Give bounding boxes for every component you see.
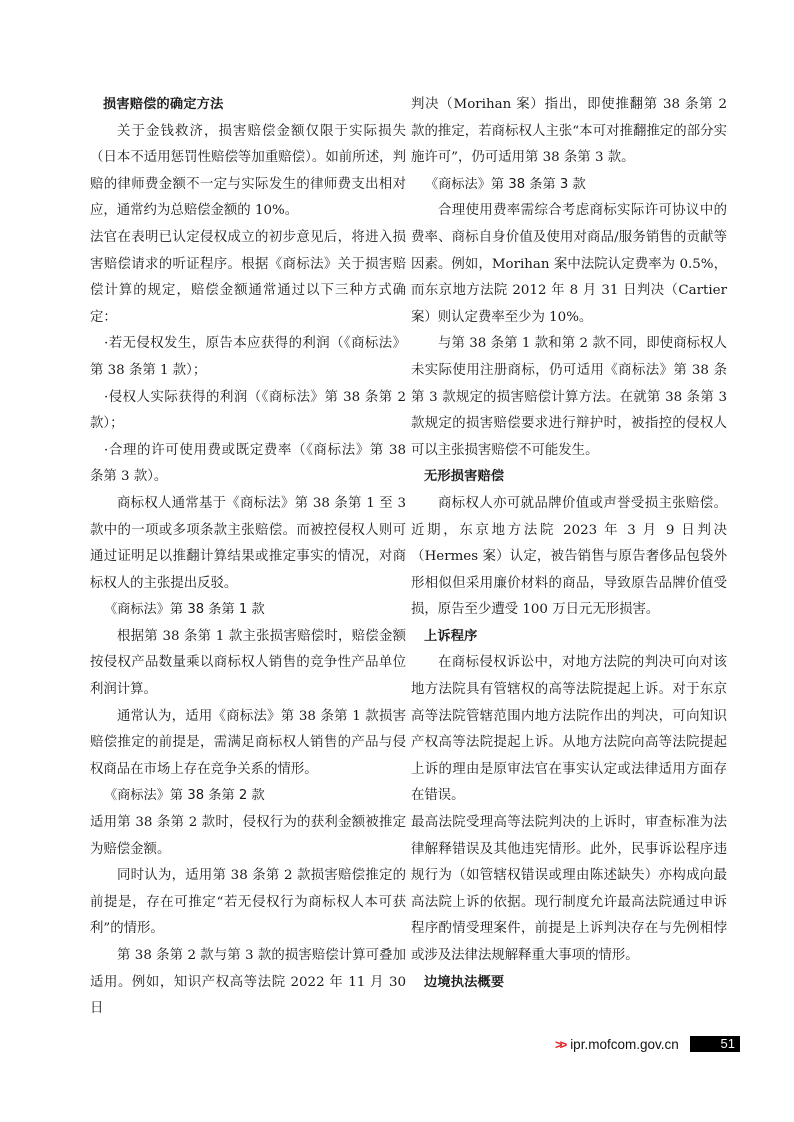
paragraph: 通常认为，适用《商标法》第 38 条第 1 款损害赔偿推定的前提是，需满足商标权… bbox=[90, 704, 406, 784]
paragraph: 适用第 38 条第 2 款时，侵权行为的获利金额被推定为赔偿金额。 bbox=[90, 810, 406, 863]
list-item: ·若无侵权发生，原告本应获得的利润（《商标法》第 38 条第 1 款）； bbox=[90, 331, 406, 384]
left-column: 损害赔偿的确定方法 关于金钱救济，损害赔偿金额仅限于实际损失（日本不适用惩罚性赔… bbox=[90, 92, 406, 1023]
paragraph: 同时认为，适用第 38 条第 2 款损害赔偿推定的前提是，存在可推定“若无侵权行… bbox=[90, 863, 406, 943]
double-chevron-icon: >> bbox=[555, 1037, 564, 1052]
subheading-article-38-3: 《商标法》第 38 条第 3 款 bbox=[411, 172, 727, 199]
paragraph: 合理使用费率需综合考虑商标实际许可协议中的费率、商标自身价值及使用对商品/服务销… bbox=[411, 198, 727, 331]
section-heading-damages-method: 损害赔偿的确定方法 bbox=[90, 92, 406, 119]
paragraph: 关于金钱救济，损害赔偿金额仅限于实际损失（日本不适用惩罚性赔偿等加重赔偿）。如前… bbox=[90, 119, 406, 225]
paragraph: 根据第 38 条第 1 款主张损害赔偿时，赔偿金额按侵权产品数量乘以商标权人销售… bbox=[90, 624, 406, 704]
paragraph: 商标权人通常基于《商标法》第 38 条第 1 至 3 款中的一项或多项条款主张赔… bbox=[90, 491, 406, 597]
list-item: ·侵权人实际获得的利润（《商标法》第 38 条第 2 款）； bbox=[90, 385, 406, 438]
section-heading-border-enforcement: 边境执法概要 bbox=[411, 970, 727, 997]
paragraph: 与第 38 条第 1 款和第 2 款不同，即使商标权人未实际使用注册商标，仍可适… bbox=[411, 331, 727, 464]
section-heading-intangible-damages: 无形损害赔偿 bbox=[411, 464, 727, 491]
website-url: ipr.mofcom.gov.cn bbox=[570, 1037, 679, 1052]
right-column: 判决（Morihan 案）指出，即使推翻第 38 条第 2 款的推定，若商标权人… bbox=[411, 92, 727, 996]
subheading-article-38-1: 《商标法》第 38 条第 1 款 bbox=[90, 597, 406, 624]
page-number: 51 bbox=[690, 1036, 740, 1052]
paragraph: 在商标侵权诉讼中，对地方法院的判决可向对该地方法院具有管辖权的高等法院提起上诉。… bbox=[411, 650, 727, 810]
section-heading-appeal: 上诉程序 bbox=[411, 624, 727, 651]
paragraph: 第 38 条第 2 款与第 3 款的损害赔偿计算可叠加适用。例如，知识产权高等法… bbox=[90, 943, 406, 1023]
paragraph: 法官在表明已认定侵权成立的初步意见后，将进入损害赔偿请求的听证程序。根据《商标法… bbox=[90, 225, 406, 331]
paragraph: 商标权人亦可就品牌价值或声誉受损主张赔偿。近期，东京地方法院 2023 年 3 … bbox=[411, 491, 727, 624]
list-item: ·合理的许可使用费或既定费率（《商标法》第 38 条第 3 款）。 bbox=[90, 438, 406, 491]
paragraph-continued: 判决（Morihan 案）指出，即使推翻第 38 条第 2 款的推定，若商标权人… bbox=[411, 92, 727, 172]
page-footer: >> ipr.mofcom.gov.cn bbox=[555, 1035, 679, 1053]
paragraph: 最高法院受理高等法院判决的上诉时，审查标准为法律解释错误及其他违宪情形。此外，民… bbox=[411, 810, 727, 970]
subheading-article-38-2: 《商标法》第 38 条第 2 款 bbox=[90, 783, 406, 810]
